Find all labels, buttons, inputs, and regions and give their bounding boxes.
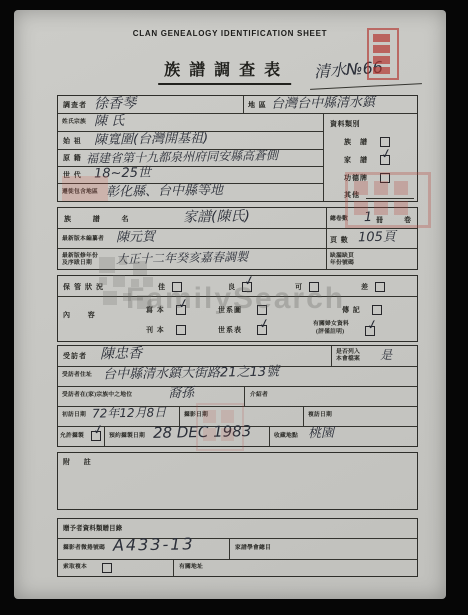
paper: CLAN GENEALOGY IDENTIFICATION SHEET 族譜調查… [14,10,446,599]
revisit-date-label: 複訪日期 [308,412,332,419]
origin-value: 福建省第十九都泉州府同安縣高蒼側 [86,149,278,164]
women-data-label-line2: (評僅註明) [316,329,344,336]
related-address-label: 有關地址 [179,564,203,571]
checkbox-biography [372,305,382,315]
checkbox-printed [176,325,186,335]
red-seal-middle-right [345,172,431,228]
donor-catalog-label: 贈予者資料類贈目錄 [63,525,122,532]
checkmark-icon: ✓ [258,317,271,332]
category-item-zupu: 族 譜 [344,138,368,146]
referrer-label: 介紹者 [250,392,268,399]
familysearch-text-watermark: FamilySearch [126,282,345,316]
checkmark-icon: ✓ [380,147,393,162]
genealogy-title-value: 家譜(陳氏) [183,209,250,224]
red-seal-lower [196,403,244,451]
category-header: 資料類別 [330,120,360,128]
genealogy-title-label: 族 譜 名 [64,215,139,223]
checkbox-request-copy [102,563,112,573]
pedigree-table-label: 世系表 [218,326,242,334]
compiler-label: 最新版本編纂者 [62,236,104,243]
investigator-label: 調查者 [63,101,87,109]
migration-value: 彰化縣、台中縣等地 [106,184,223,199]
clan-value: 陳 氏 [94,115,124,129]
pages-label: 頁 數 [330,236,349,244]
origin-label: 原 籍 [63,154,82,162]
area-label: 地 區 [248,101,267,109]
scheduled-filming-label: 預約攝製日期 [109,433,145,440]
investigator-value: 徐香琴 [94,97,136,112]
interviewee-label: 受訪者 [63,352,87,360]
checkmark-icon: ✓ [366,318,379,333]
option-poor-label: 差 [361,283,369,291]
storage-location-label: 收藏地點 [274,433,298,440]
content-label: 內 容 [63,311,103,319]
archive-value: 是 [380,349,392,361]
society-catalog-label: 家譜學會總目 [235,545,271,552]
edition-date-label-line2: 及序跋日期 [62,260,92,267]
film-number-label: 攝影者微捲號碼 [63,545,105,552]
first-visit-value: 72年12月8日 [92,406,166,419]
archive-label-line1: 是否列入 [336,349,360,356]
serial-underline [310,83,422,90]
printed-label: 刊 本 [146,326,165,334]
scanned-sheet: CLAN GENEALOGY IDENTIFICATION SHEET 族譜調查… [0,0,468,615]
founder-value: 陳寬圍(台灣開基祖) [94,132,208,147]
position-label: 受訪者在(家)宗族中之地位 [62,392,132,399]
library-table: 贈予者資料類贈目錄 攝影者微捲號碼 A433-13 家譜學會總目 索取複本 有關… [57,518,418,577]
clan-label: 姓氏宗族 [62,119,86,126]
category-item-jiapu: 家 譜 [344,156,368,164]
checkbox-poor [375,282,385,292]
address-value: 台中縣清水鎮大街路21之13號 [103,365,279,381]
request-copy-label: 索取複本 [63,564,87,571]
missing-label-line2: 年份號碼 [330,260,354,267]
permission-label: 允許攝製 [60,433,84,440]
pages-value: 105頁 [358,231,396,245]
missing-label-line1: 缺漏缺頁 [330,253,354,260]
page-title: 族譜調查表 [158,57,291,85]
film-number-value: A433-13 [113,536,195,553]
red-seal-top-right [367,28,399,80]
position-value: 裔孫 [168,387,194,400]
founder-label: 始 祖 [63,137,82,145]
notes-label: 附 註 [63,458,97,466]
interviewee-value: 陳忠香 [100,347,142,362]
first-visit-label: 初訪日期 [62,412,86,419]
red-seal-faint-left [62,176,108,201]
archive-label-line2: 本會檔案 [336,356,360,363]
storage-location-value: 桃園 [308,427,334,440]
area-value: 台灣台中縣清水鎮 [271,96,375,111]
notes-box: 附 註 [57,452,418,510]
women-data-label-line1: 有關婦女資料 [313,321,349,328]
address-label: 受訪者住址 [62,372,92,379]
compiler-value: 陳元賀 [116,231,155,245]
edition-date-label-line1: 最新版修年份 [62,253,98,260]
